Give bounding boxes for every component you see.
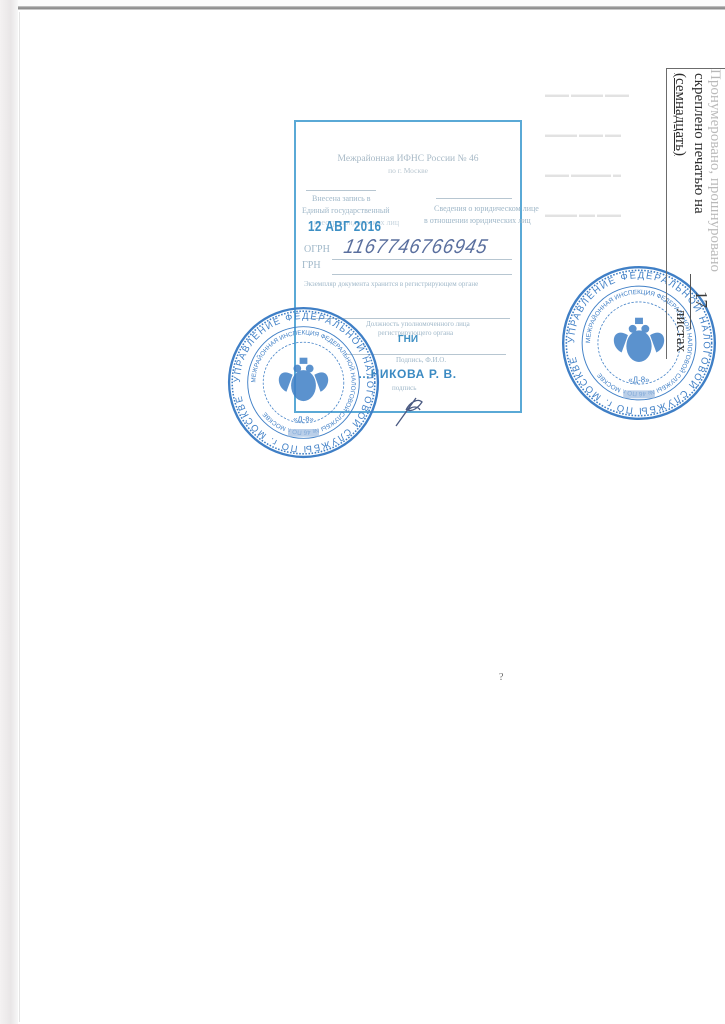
svg-text:«Д-8»: «Д-8»	[293, 414, 314, 423]
right-label-line: в отношении юридических лиц	[424, 216, 531, 225]
page-left-border	[19, 12, 20, 1022]
sheets-word: листах	[672, 309, 689, 352]
officer-caption: Должность уполномоченного лица	[366, 320, 470, 328]
grn-underline	[332, 274, 512, 275]
left-label-line: Единый государственный	[302, 206, 390, 215]
binding-note-top-line: Пронумеровано, прошнуровано	[706, 69, 723, 272]
bleed-through-text: ▬▬▬ ▬▬▬▬▬ ▬	[545, 170, 621, 179]
scan-top-edge	[18, 6, 725, 10]
bleed-through-text: ▬▬▬ ▬▬▬▬ ▬▬▬	[545, 90, 629, 99]
divider	[436, 198, 512, 199]
divider	[306, 190, 376, 191]
ogrn-label: ОГРН	[304, 244, 330, 255]
authority-city: по г. Москве	[296, 166, 520, 175]
sheet-count-words: (семнадцать)	[671, 73, 688, 156]
official-seal: УПРАВЛЕНИЕ ФЕДЕРАЛЬНОЙ НАЛОГОВОЙ СЛУЖБЫ …	[226, 305, 381, 460]
authority-title: Межрайонная ИФНС России № 46	[296, 154, 520, 164]
ogrn-number: 1167746766945	[342, 236, 491, 259]
grn-label: ГРН	[302, 260, 321, 271]
bleed-through-text: ▬▬▬▬ ▬▬ ▬▬▬	[545, 210, 621, 219]
sheet-count: 17	[691, 291, 711, 308]
binding-certification-note: Пронумеровано, прошнуровано скреплено пе…	[666, 68, 725, 359]
svg-text:«Д-8»: «Д-8»	[628, 376, 650, 385]
page-mark: ?	[499, 673, 507, 683]
bleed-through-text: ▬▬▬▬ ▬▬▬ ▬▬	[545, 130, 621, 139]
ogrn-underline	[332, 259, 512, 260]
signature-mark	[392, 388, 432, 428]
tax-office-seal-icon: УПРАВЛЕНИЕ ФЕДЕРАЛЬНОЙ НАЛОГОВОЙ СЛУЖБЫ …	[226, 305, 381, 460]
scan-left-edge	[0, 0, 18, 1024]
left-label-line: Внесена запись в	[312, 194, 371, 203]
binding-note-main-line: скреплено печатью на	[690, 73, 707, 214]
storage-note: Экземпляр документа хранится в регистрир…	[304, 280, 478, 288]
officer-caption: Подпись, Ф.И.О.	[396, 356, 446, 364]
registration-date: 12 АВГ 2016	[308, 218, 381, 235]
right-label-line: Сведения о юридическом лице	[434, 204, 539, 213]
